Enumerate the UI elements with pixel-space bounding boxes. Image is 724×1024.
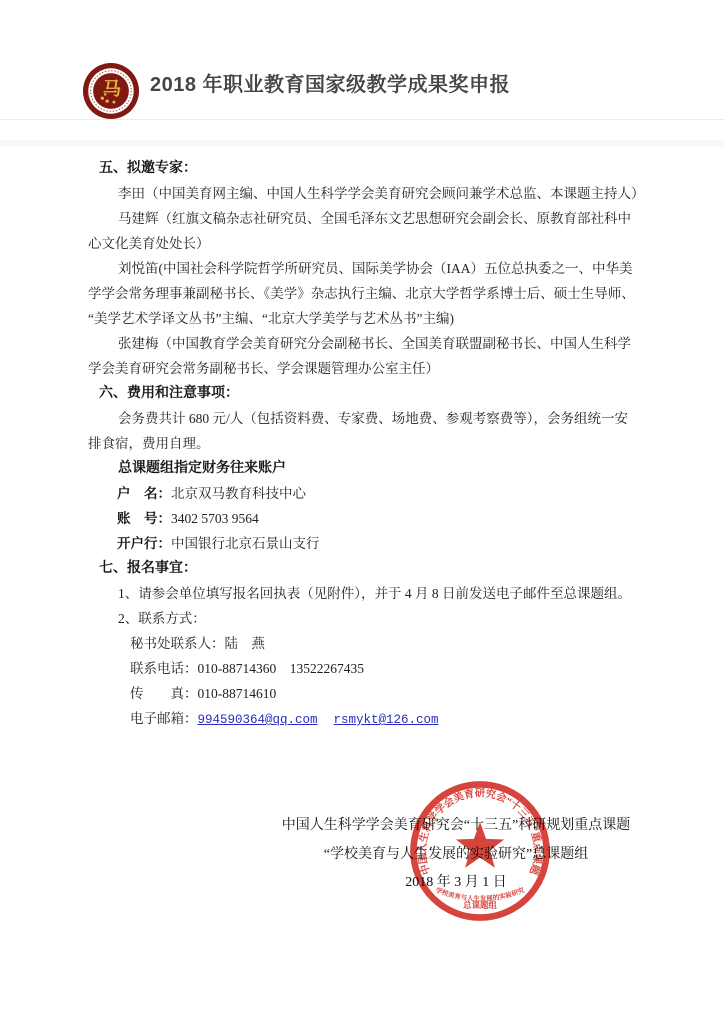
field-label: 户 名： (117, 486, 171, 501)
doc-line: 总课题组指定财务往来账户 (88, 456, 660, 481)
doc-line: 户 名：北京双马教育科技中心 (88, 481, 660, 506)
field-label: 开户行： (117, 536, 171, 551)
doc-line: 李田（中国美育网主编、中国人生科学学会美育研究会顾问兼学术总监、本课题主持人） (88, 181, 660, 206)
horse-glyph: 马 (103, 79, 121, 99)
doc-line: 传 真：010-88714610 (88, 681, 660, 706)
doc-line: 2、联系方式： (88, 606, 660, 631)
doc-line: 刘悦笛(中国社会科学院哲学所研究员、国际美学协会（IAA）五位总执委之一、中华美 (88, 256, 660, 281)
doc-line: 马建辉（红旗文稿杂志社研究员、全国毛泽东文艺思想研究会副会长、原教育部社科中 (88, 206, 660, 231)
email-link[interactable]: rsmykt@126.com (334, 713, 439, 727)
field-label: 账 号： (117, 511, 171, 526)
horse-seal-logo-icon: 马 (82, 62, 140, 120)
signature-block: 中国人生科学学会美育研究会“十三五”科研规划重点课题 “学校美育与人生发展的实验… (270, 812, 642, 898)
field-label: 电子邮箱： (130, 711, 198, 726)
field-value: 中国银行北京石景山支行 (171, 536, 320, 551)
doc-line: 电子邮箱：994590364@qq.comrsmykt@126.com (88, 706, 660, 731)
field-label: 传 真： (130, 686, 198, 701)
doc-line: 会务费共计 680 元/人（包括资料费、专家费、场地费、参观考察费等），会务组统… (88, 406, 660, 431)
field-value: 陆 燕 (225, 636, 266, 651)
document-lines: 五、拟邀专家：李田（中国美育网主编、中国人生科学学会美育研究会顾问兼学术总监、本… (88, 156, 660, 731)
doc-line: 账 号：3402 5703 9564 (88, 506, 660, 531)
doc-line: 心文化美育处处长） (88, 231, 660, 256)
signature-org-line2: “学校美育与人生发展的实验研究”总课题组 (270, 841, 642, 870)
doc-line: 1、请参会单位填写报名回执表（见附件），并于 4 月 8 日前发送电子邮件至总课… (88, 581, 660, 606)
doc-line: 七、报名事宜： (88, 556, 660, 581)
doc-line: 联系电话：010-88714360 13522267435 (88, 656, 660, 681)
field-label: 秘书处联系人： (130, 636, 225, 651)
field-value: 010-88714610 (198, 686, 277, 701)
doc-line: 学学会常务理事兼副秘书长、《美学》杂志执行主编、北京大学哲学系博士后、硕士生导师… (88, 281, 660, 306)
field-value: 北京双马教育科技中心 (171, 486, 306, 501)
field-label: 联系电话： (130, 661, 198, 676)
doc-line: 开户行：中国银行北京石景山支行 (88, 531, 660, 556)
doc-line: 学会美育研究会常务副秘书长、学会课题管理办公室主任） (88, 356, 660, 381)
field-value: 010-88714360 13522267435 (198, 661, 365, 676)
doc-line: 张建梅（中国教育学会美育研究分会副秘书长、全国美育联盟副秘书长、中国人生科学 (88, 331, 660, 356)
field-value: 3402 5703 9564 (171, 511, 259, 526)
email-link[interactable]: 994590364@qq.com (198, 713, 318, 727)
doc-line: 五、拟邀专家： (88, 156, 660, 181)
signature-date: 2018 年 3 月 1 日 (270, 869, 642, 898)
doc-line: 秘书处联系人：陆 燕 (88, 631, 660, 656)
stamp-bottom-text: 总课题组 (463, 900, 497, 910)
doc-line: “美学艺术学译文丛书”主编、“北京大学美学与艺术丛书”主编) (88, 306, 660, 331)
signature-org-line1: 中国人生科学学会美育研究会“十三五”科研规划重点课题 (270, 812, 642, 841)
page-title: 2018 年职业教育国家级教学成果奖申报 (150, 71, 510, 99)
doc-line: 六、费用和注意事项： (88, 381, 660, 406)
scan-artifact-band (0, 140, 724, 147)
doc-line: 排食宿，费用自理。 (88, 431, 660, 456)
document-page: 马 2018 年职业教育国家级教学成果奖申报 五、拟邀专家：李田（中国美育网主编… (0, 0, 724, 1024)
